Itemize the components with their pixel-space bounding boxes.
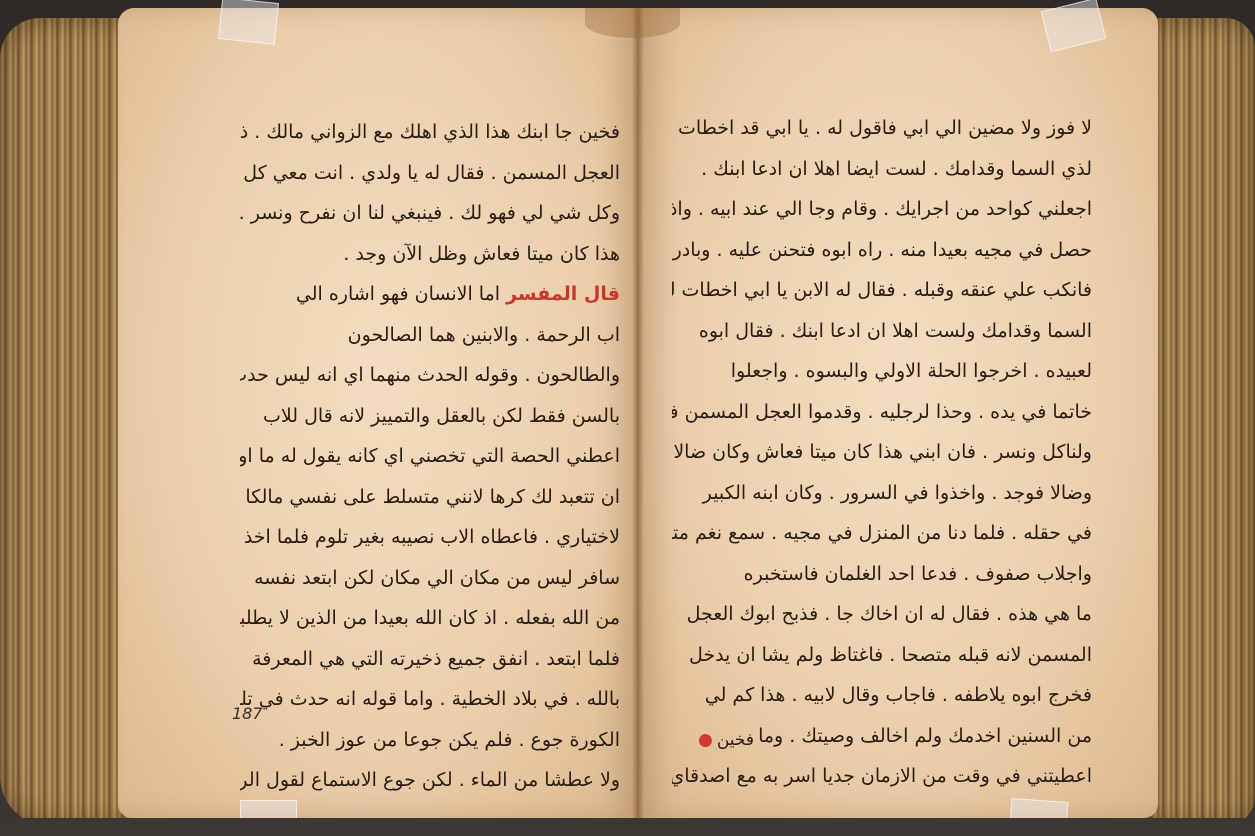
text-line: وكل شي لي فهو لك . فينبغي لنا ان نفرح ون… bbox=[240, 193, 620, 234]
text-line: الكورة جوع . فلم يكن جوعا من عوز الخبز . bbox=[240, 720, 620, 761]
text-line: هذا كان ميتا فعاش وظل الآن وجد . bbox=[240, 234, 620, 275]
text-line: اعطني الحصة التي تخصني اي كانه يقول له م… bbox=[240, 436, 620, 477]
text-line: بالسن فقط لكن بالعقل والتمييز لانه قال ل… bbox=[240, 396, 620, 437]
water-stain bbox=[585, 8, 680, 38]
text-line: ولا عطشا من الماء . لكن جوع الاستماع لقو… bbox=[240, 760, 620, 801]
rubric-heading: قال المفسر bbox=[506, 283, 620, 305]
text-line: العجل المسمن . فقال له يا ولدي . انت معي… bbox=[240, 153, 620, 194]
text-line: خاتما في يده . وحذا لرجليه . وقدموا العج… bbox=[672, 392, 1092, 433]
text-line: من الله بفعله . اذ كان الله بعيدا من الذ… bbox=[240, 598, 620, 639]
text-line: فخرج ابوه يلاطفه . فاجاب وقال لابيه . هذ… bbox=[672, 675, 1092, 716]
text-line: والطالحون . وقوله الحدث منهما اي انه ليس… bbox=[240, 355, 620, 396]
text-line: اعطيتني في وقت من الازمان جديا اسر به مع… bbox=[672, 756, 1092, 797]
text-line: ان تتعبد لك كرها لانني متسلط على نفسي ما… bbox=[240, 477, 620, 518]
text-line: اب الرحمة . والابنين هما الصالحون bbox=[240, 315, 620, 356]
text-line: لعبيده . اخرجوا الحلة الاولي والبسوه . و… bbox=[672, 351, 1092, 392]
text-line: لا فوز ولا مضين الي ابي فاقول له . يا اب… bbox=[672, 108, 1092, 149]
text-line: لاختياري . فاعطاه الاب نصيبه بغير تلوم ف… bbox=[240, 517, 620, 558]
text-line: ولناكل ونسر . فان ابني هذا كان ميتا فعاش… bbox=[672, 432, 1092, 473]
text-line: فلما ابتعد . انفق جميع ذخيرته التي هي ال… bbox=[240, 639, 620, 680]
tape-strip bbox=[218, 0, 279, 45]
text-line: في حقله . فلما دنا من المنزل في مجيه . س… bbox=[672, 513, 1092, 554]
right-page-edges bbox=[1145, 18, 1255, 826]
text-line: لذي السما وقدامك . لست ايضا اهلا ان ادعا… bbox=[672, 149, 1092, 190]
text-line: المسمن لانه قبله متصحا . فاغتاظ ولم يشا … bbox=[672, 635, 1092, 676]
text-line: فانكب علي عنقه وقبله . فقال له الابن يا … bbox=[672, 270, 1092, 311]
text-line: بالله . في بلاد الخطية . واما قوله انه ح… bbox=[240, 679, 620, 720]
book-gutter bbox=[632, 8, 644, 818]
catchword: فخين● bbox=[698, 730, 754, 750]
text-line: السما وقدامك ولست اهلا ان ادعا ابنك . فق… bbox=[672, 311, 1092, 352]
folio-number: 187 bbox=[232, 704, 263, 723]
right-page-text: لا فوز ولا مضين الي ابي فاقول له . يا اب… bbox=[672, 108, 1092, 797]
text-line: اجعلني كواحد من اجرايك . وقام وجا الي عن… bbox=[672, 189, 1092, 230]
text-line: واجلاب صفوف . فدعا احد الغلمان فاستخبره bbox=[672, 554, 1092, 595]
text-line: سافر ليس من مكان الي مكان لكن ابتعد نفسه bbox=[240, 558, 620, 599]
rubric-dot-icon: ● bbox=[698, 730, 713, 750]
left-page-text: فخين جا ابنك هذا الذي اهلك مع الزواني ما… bbox=[240, 112, 620, 801]
text-line: فخين جا ابنك هذا الذي اهلك مع الزواني ما… bbox=[240, 112, 620, 153]
text-line: حصل في مجيه بعيدا منه . راه ابوه فتحنن ع… bbox=[672, 230, 1092, 271]
text-line: وضالا فوجد . واخذوا في السرور . وكان ابن… bbox=[672, 473, 1092, 514]
rubric-line: قال المفسر اما الانسان فهو اشاره الي bbox=[240, 274, 620, 315]
text-line: ما هي هذه . فقال له ان اخاك جا . فذبح اب… bbox=[672, 594, 1092, 635]
background-cloth bbox=[0, 818, 1255, 836]
manuscript-photo: فخين جا ابنك هذا الذي اهلك مع الزواني ما… bbox=[0, 0, 1255, 836]
